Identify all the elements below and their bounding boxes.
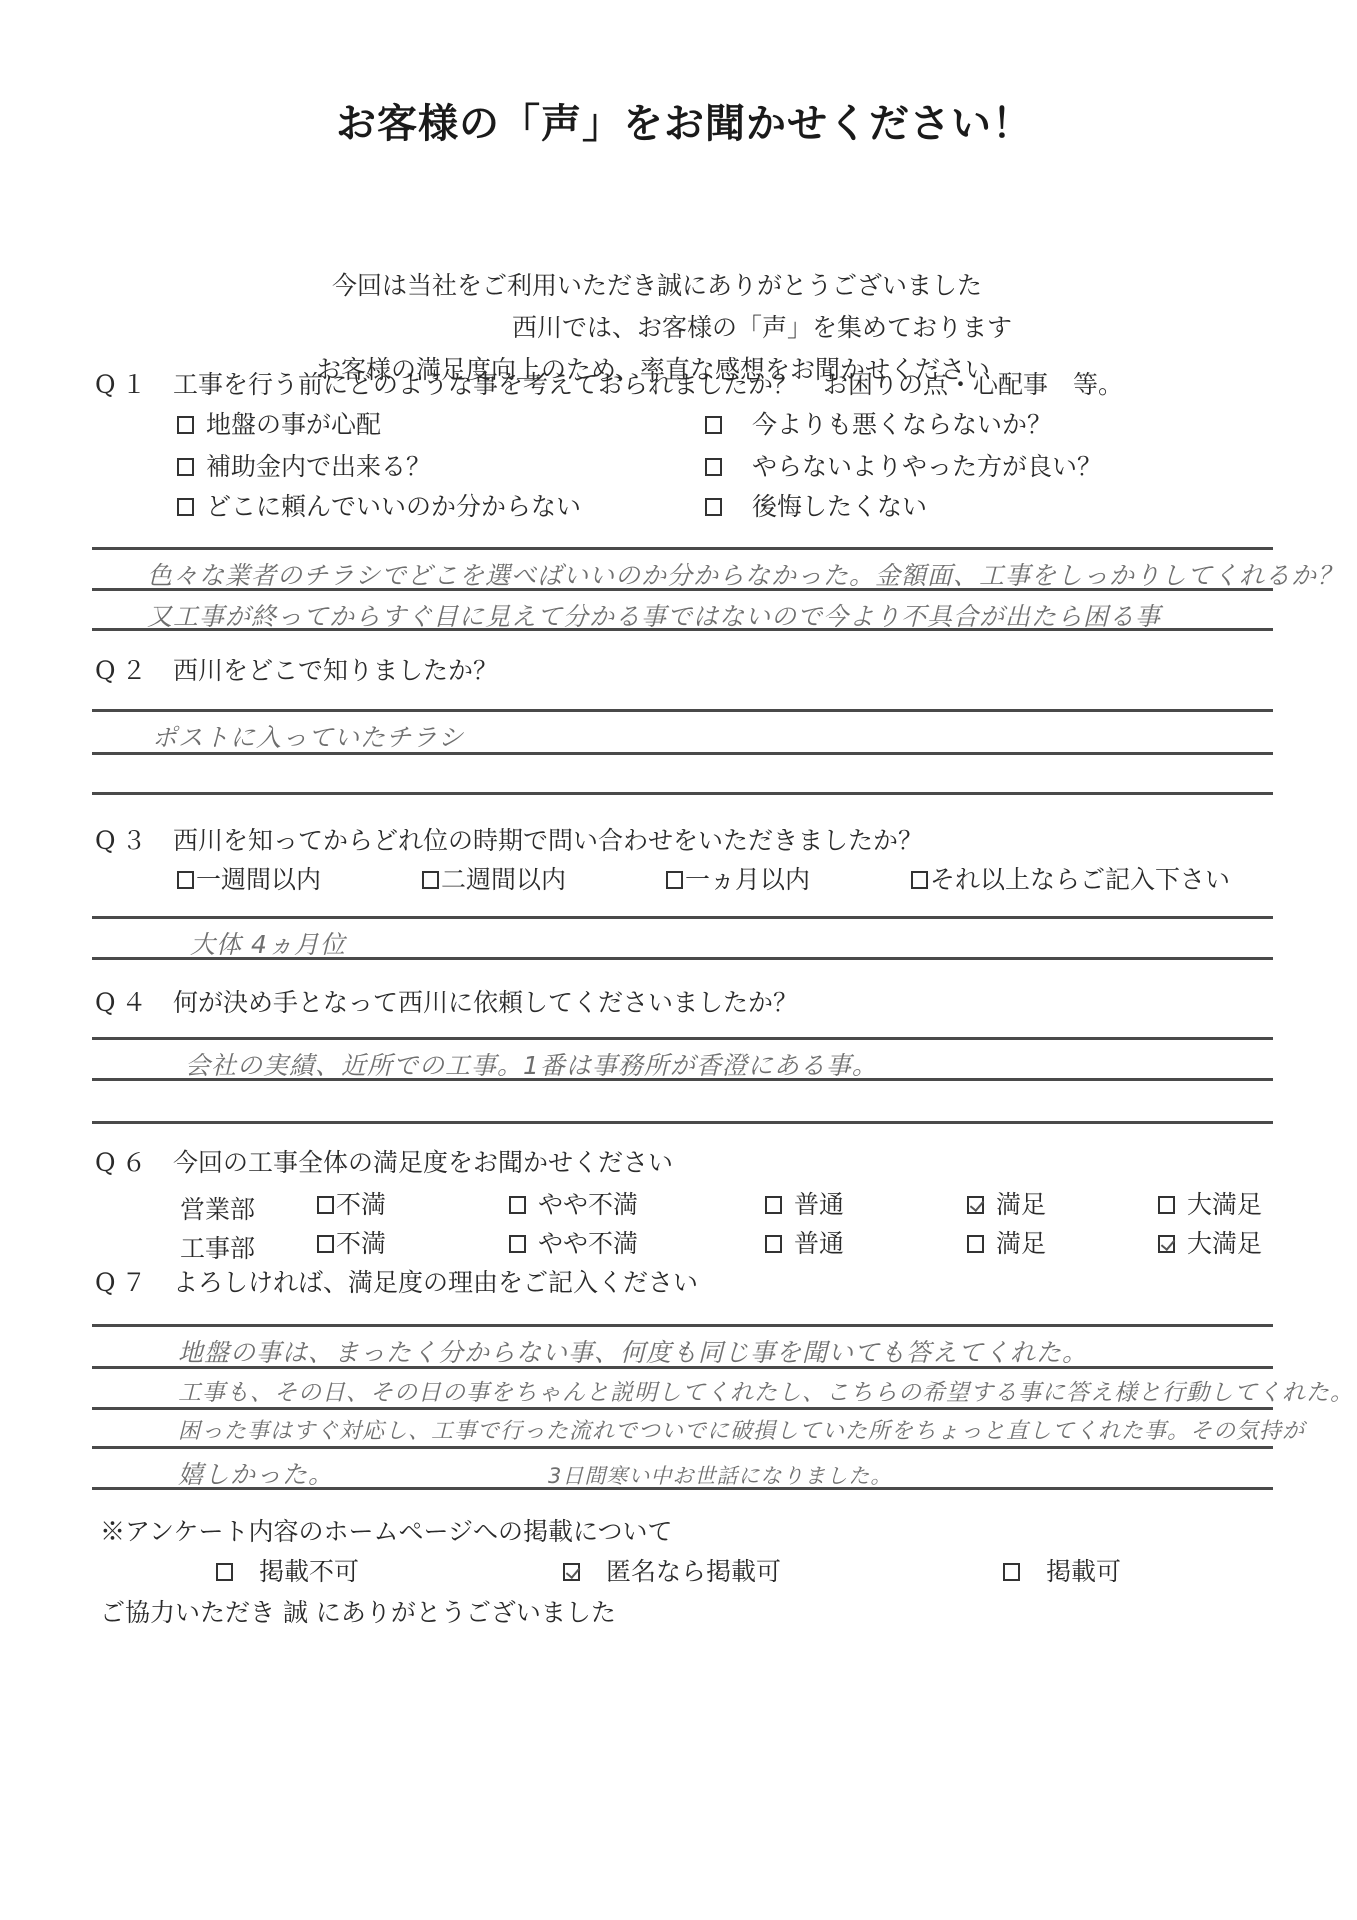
q7-number: Q７ [95,1268,153,1297]
answer-rule [92,628,1273,631]
answer-rule [92,1324,1273,1327]
q6-question: 今回の工事全体の満足度をお聞かせください [173,1148,673,1178]
q2-number: Q２ [95,656,153,685]
checkbox-icon[interactable] [765,1196,782,1214]
option-label: 匿名なら掲載可 [606,1557,781,1587]
q6-construction-option-2[interactable]: 普通 [765,1229,844,1259]
q7-answer-line-4b[interactable]: 3日間寒い中お世話になりました。 [548,1460,892,1490]
answer-rule [92,588,1273,591]
q1-option-1[interactable]: 今よりも悪くならないか？ [705,410,1052,440]
q7-answer-line-1[interactable]: 地盤の事は、まったく分からない事、何度も同じ事を聞いても答えてくれた。 [178,1333,1088,1369]
option-label: どこに頼んでいいのか分からない [206,492,581,522]
q1-answer-line-1[interactable]: 色々な業者のチラシでどこを選べばいいのか分からなかった。金額面、工事をしっかりし… [147,556,1343,592]
q6-row-label-construction: 工事部 [180,1229,255,1265]
q6-sales-option-4[interactable]: 大満足 [1158,1190,1262,1220]
q1-option-3[interactable]: やらないよりやった方が良い？ [705,452,1102,482]
q6-sales-option-3[interactable]: 満足 [967,1190,1046,1220]
checkbox-icon[interactable] [177,416,194,434]
q3-answer-line-1[interactable]: 大体 4ヵ月位 [190,925,346,961]
checkbox-icon[interactable] [666,871,683,889]
checkbox-icon[interactable] [705,416,722,434]
checkbox-icon[interactable] [216,1563,233,1581]
answer-rule [92,792,1273,795]
option-label: 一週間以内 [196,865,321,895]
q3-option-1[interactable]: 二週間以内 [422,865,566,895]
checkbox-icon[interactable] [509,1196,526,1214]
page-title: お客様の「声」をお聞かせください！ [336,92,1033,149]
checkbox-icon[interactable] [317,1235,334,1253]
q1-option-2[interactable]: 補助金内で出来る？ [177,452,431,482]
checkbox-checked-icon[interactable] [967,1196,984,1214]
answer-rule [92,1366,1273,1369]
answer-rule [92,1037,1273,1040]
checkbox-icon[interactable] [177,458,194,476]
intro-line-2: 西川では、お客様の「声」を集めております [512,308,1012,344]
checkbox-checked-icon[interactable] [563,1563,580,1581]
q6-construction-option-3[interactable]: 満足 [967,1229,1046,1259]
q6-sales-option-0[interactable]: 不満 [317,1190,386,1220]
q4-answer-line-1[interactable]: 会社の実績、近所での工事。1番は事務所が香澄にある事。 [185,1046,878,1082]
q7-question: よろしければ、満足度の理由をご記入ください [173,1268,698,1298]
checkbox-checked-icon[interactable] [1158,1235,1175,1253]
q6-sales-option-1[interactable]: やや不満 [509,1190,638,1220]
checkbox-icon[interactable] [765,1235,782,1253]
checkbox-icon[interactable] [705,498,722,516]
q6-sales-option-2[interactable]: 普通 [765,1190,844,1220]
q7-answer-line-3[interactable]: 困った事はすぐ対応し、工事で行った流れでついでに破損していた所をちょっと直してく… [178,1414,1305,1445]
option-label: 後悔したくない [752,492,927,522]
checkbox-icon[interactable] [705,458,722,476]
checkbox-icon[interactable] [509,1235,526,1253]
option-label: 掲載可 [1046,1557,1121,1587]
q1-option-4[interactable]: どこに頼んでいいのか分からない [177,492,581,522]
q6-construction-option-1[interactable]: やや不満 [509,1229,638,1259]
intro-line-1: 今回は当社をご利用いただき誠にありがとうございました [332,266,982,302]
answer-rule [92,1407,1273,1410]
checkbox-icon[interactable] [422,871,439,889]
option-label: 地盤の事が心配 [206,410,381,440]
answer-rule [92,1078,1273,1081]
q7-answer-line-2[interactable]: 工事も、その日、その日の事をちゃんと説明してくれたし、こちらの希望する事に答え様… [178,1374,1354,1407]
checkbox-icon[interactable] [1158,1196,1175,1214]
q1-option-0[interactable]: 地盤の事が心配 [177,410,381,440]
checkbox-icon[interactable] [1003,1563,1020,1581]
q4-number: Q４ [95,988,153,1017]
checkbox-icon[interactable] [177,871,194,889]
answer-rule [92,1446,1273,1449]
q6-construction-option-0[interactable]: 不満 [317,1229,386,1259]
q1-option-5[interactable]: 後悔したくない [705,492,927,522]
publication-heading: ※アンケート内容のホームページへの掲載について [100,1517,673,1547]
q3-option-0[interactable]: 一週間以内 [177,865,321,895]
checkbox-icon[interactable] [911,871,928,889]
q6-construction-option-4[interactable]: 大満足 [1158,1229,1262,1259]
closing-message: ご協力いただき 誠 にありがとうございました [100,1598,616,1628]
q7-answer-line-4[interactable]: 嬉しかった。 [178,1455,334,1491]
answer-rule [92,916,1273,919]
q3-option-2[interactable]: 一ヵ月以内 [666,865,810,895]
answer-rule [92,709,1273,712]
q3-option-3[interactable]: それ以上ならご記入下さい [911,865,1230,895]
publication-option-1[interactable]: 匿名なら掲載可 [563,1557,781,1587]
publication-option-2[interactable]: 掲載可 [1003,1557,1121,1587]
q1-number: Q１ [95,370,153,400]
checkbox-icon[interactable] [177,498,194,516]
q2-answer-line-1[interactable]: ポストに入っていたチラシ [152,718,464,754]
q6-number: Q６ [95,1148,153,1177]
q6-row-label-sales: 営業部 [180,1190,255,1226]
option-label: やらないよりやった方が良い？ [752,452,1102,482]
answer-rule [92,1121,1273,1124]
publication-option-0[interactable]: 掲載不可 [216,1557,359,1587]
option-label: 一ヵ月以内 [685,865,810,895]
option-label: 二週間以内 [441,865,566,895]
q1-question: 工事を行う前にどのような事を考えておられましたか？ お困りの点・心配事 等。 [173,370,1123,400]
q4-question: 何が決め手となって西川に依頼してくださいましたか？ [173,988,798,1018]
option-label: 掲載不可 [259,1557,359,1587]
option-label: 補助金内で出来る？ [206,452,431,482]
option-label: 今よりも悪くならないか？ [752,410,1052,440]
answer-rule [92,957,1273,960]
q2-question: 西川をどこで知りましたか？ [173,656,498,686]
answer-rule [92,1487,1273,1490]
answer-rule [92,547,1273,550]
answer-rule [92,752,1273,755]
q3-question: 西川を知ってからどれ位の時期で問い合わせをいただきましたか？ [173,826,923,856]
option-label: それ以上ならご記入下さい [930,865,1230,895]
checkbox-icon[interactable] [967,1235,984,1253]
q3-number: Q３ [95,826,153,855]
checkbox-icon[interactable] [317,1196,334,1214]
